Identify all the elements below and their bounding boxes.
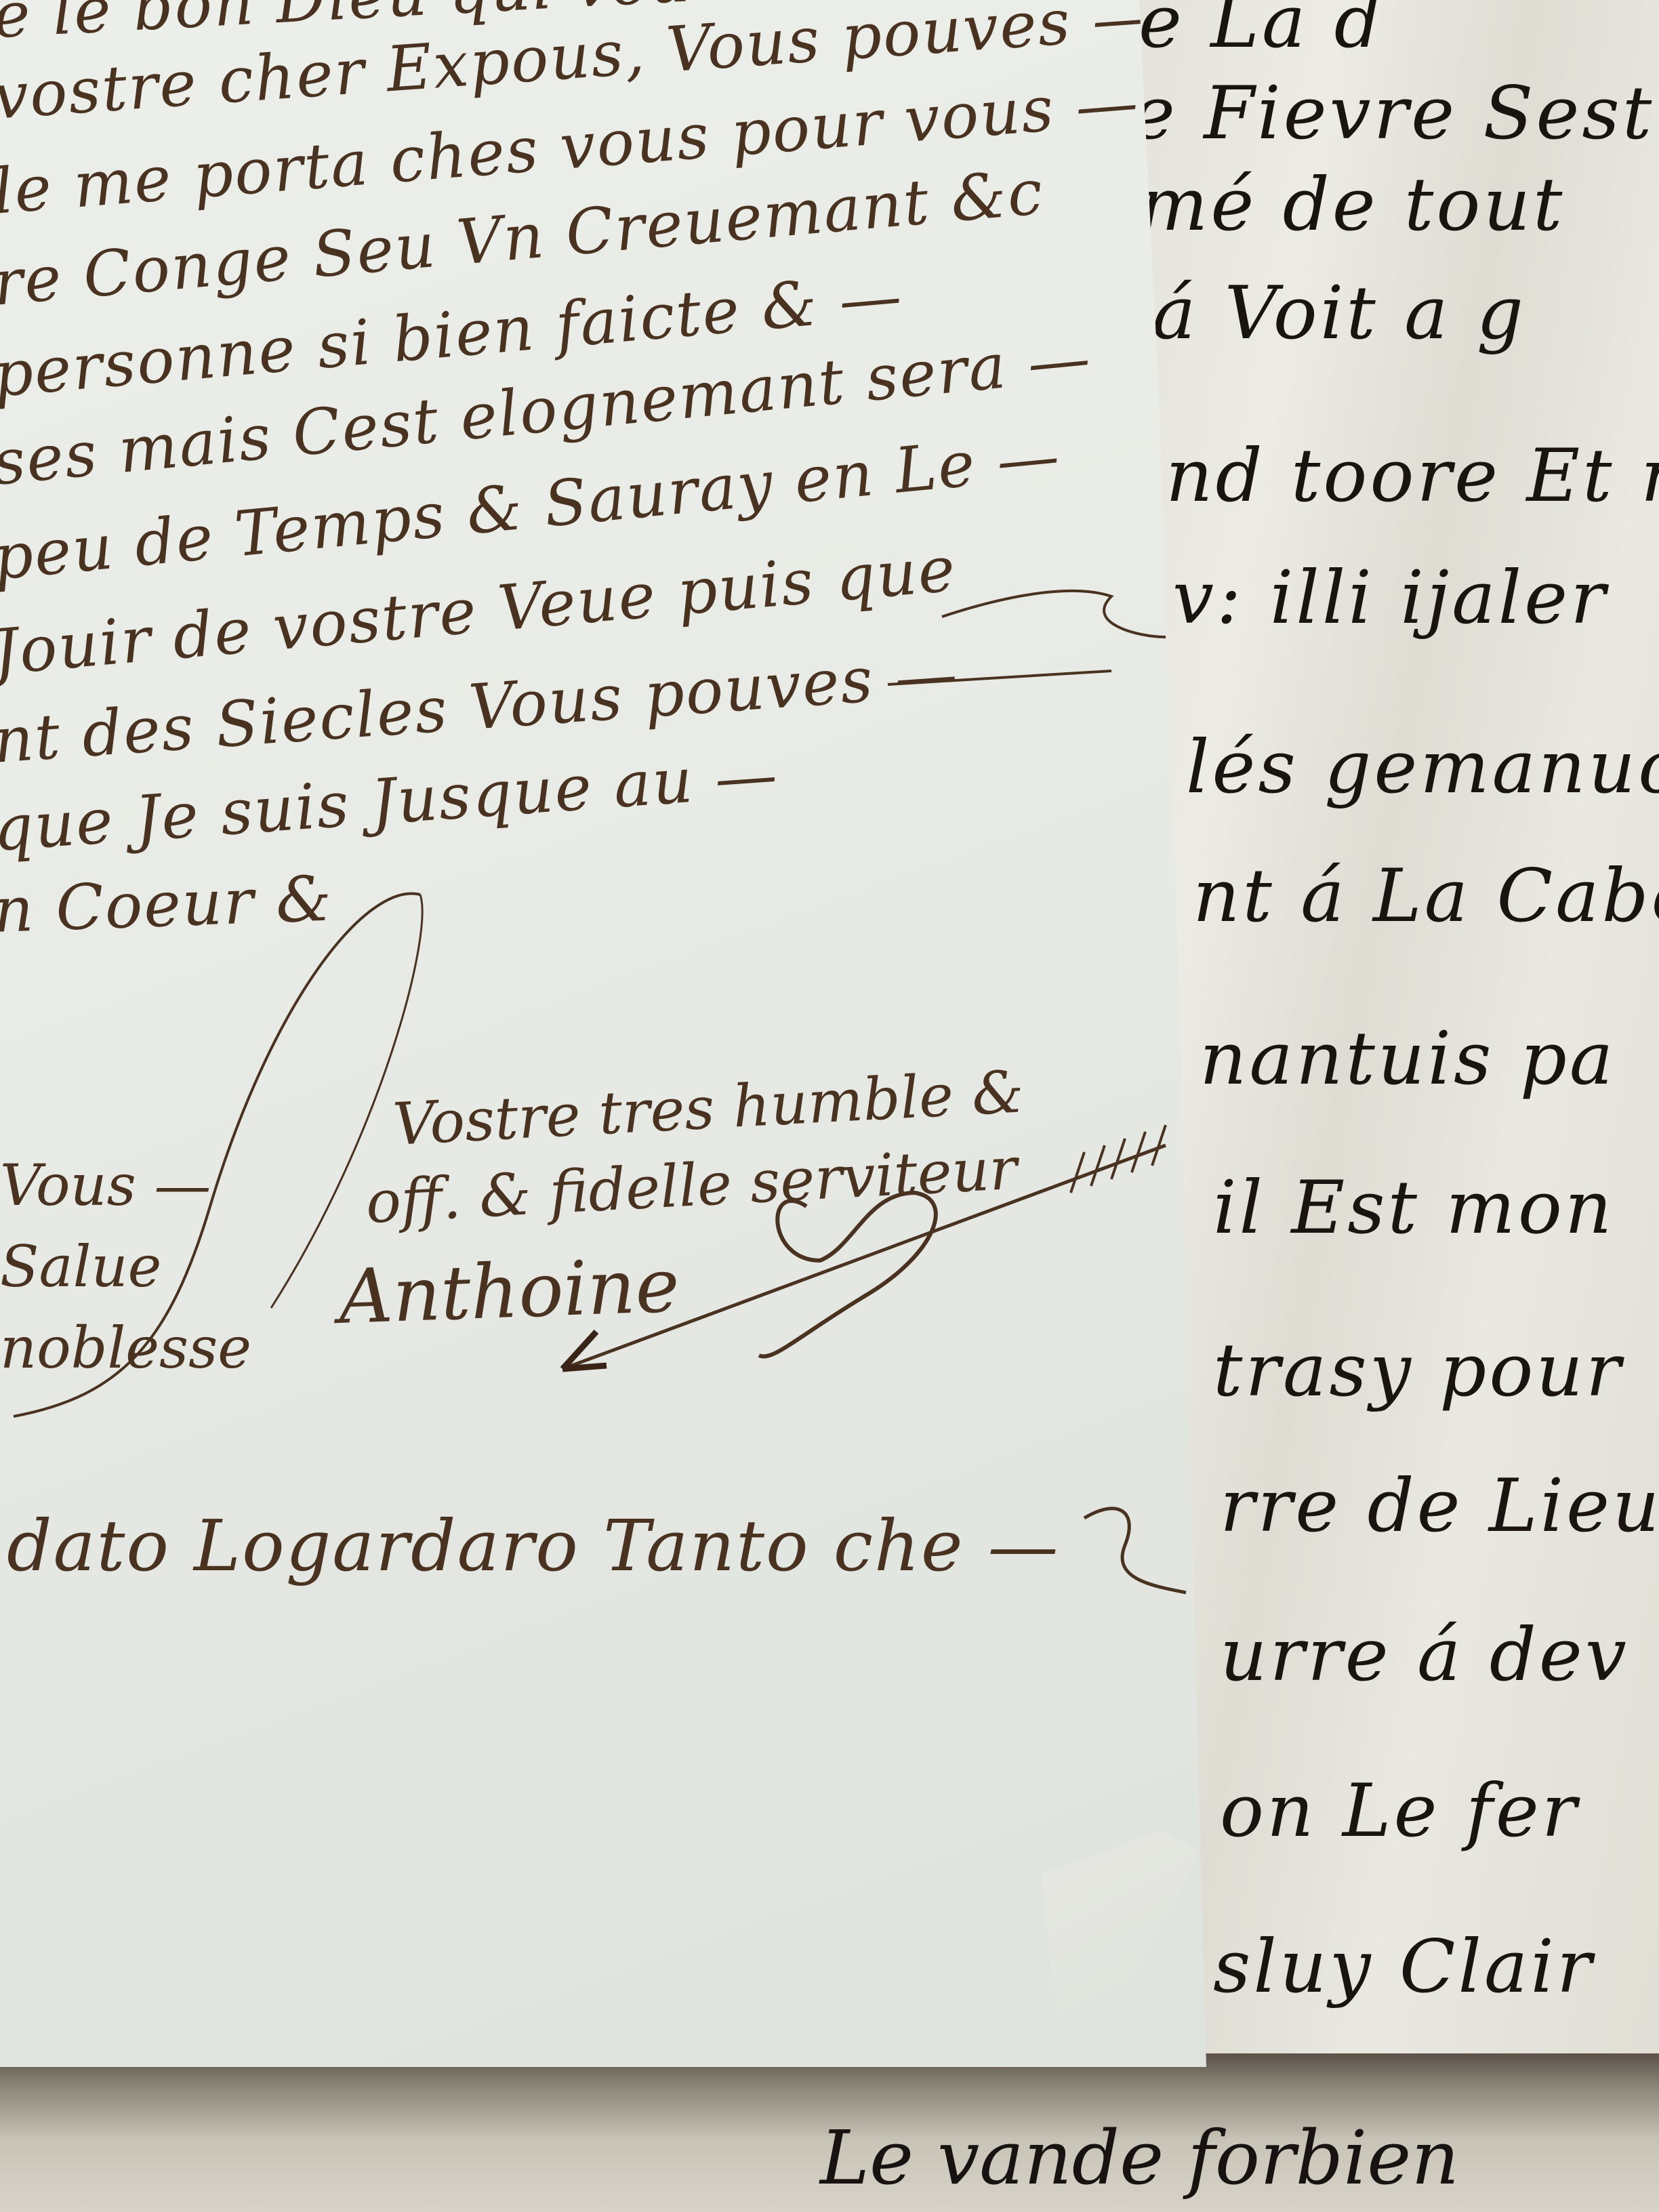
margin-note-line: Salue [0,1233,161,1300]
margin-note-line: noblesse [0,1315,251,1381]
back-line: nantuis pa [1200,1017,1616,1101]
back-line: mé de tout [1139,163,1565,247]
back-line: trasy pour [1213,1328,1624,1413]
postscript-line: dato Logardaro Tanto che — [7,1504,1060,1587]
back-line: on Le fer [1220,1769,1579,1853]
back-line: e Fievre Sest [1132,71,1654,156]
document-photo: e La d e Fievre Sest mé de tout á Voit a… [0,0,1659,2212]
back-line: nd toore Et r [1166,434,1659,518]
back-line: á Voit a g [1152,271,1526,356]
back-line: rre de Lieu [1220,1464,1659,1549]
back-line: lés gemanuc [1186,725,1659,810]
bottom-letter-sheet: Le vande forbien [0,2053,1659,2212]
heart-icon [759,1193,936,1357]
folded-corner [1023,1830,1200,2053]
back-line: sluy Clair [1213,1925,1595,2009]
back-line: urre á dev [1220,1613,1629,1698]
bottom-line: Le vande forbien [820,2114,1459,2201]
letter-line: n Coeur & [0,863,334,947]
margin-note-line: Vous — [0,1152,211,1218]
signature: Anthoine [337,1242,681,1340]
back-line: nt á La Cabe [1193,854,1659,939]
back-line: e La d [1139,0,1384,64]
back-line: v: illi ijaler [1172,556,1608,640]
back-line: il Est mon [1213,1166,1614,1250]
front-letter-sheet: e le bon Dieu qui vou vostre cher Expous… [0,0,1206,2067]
